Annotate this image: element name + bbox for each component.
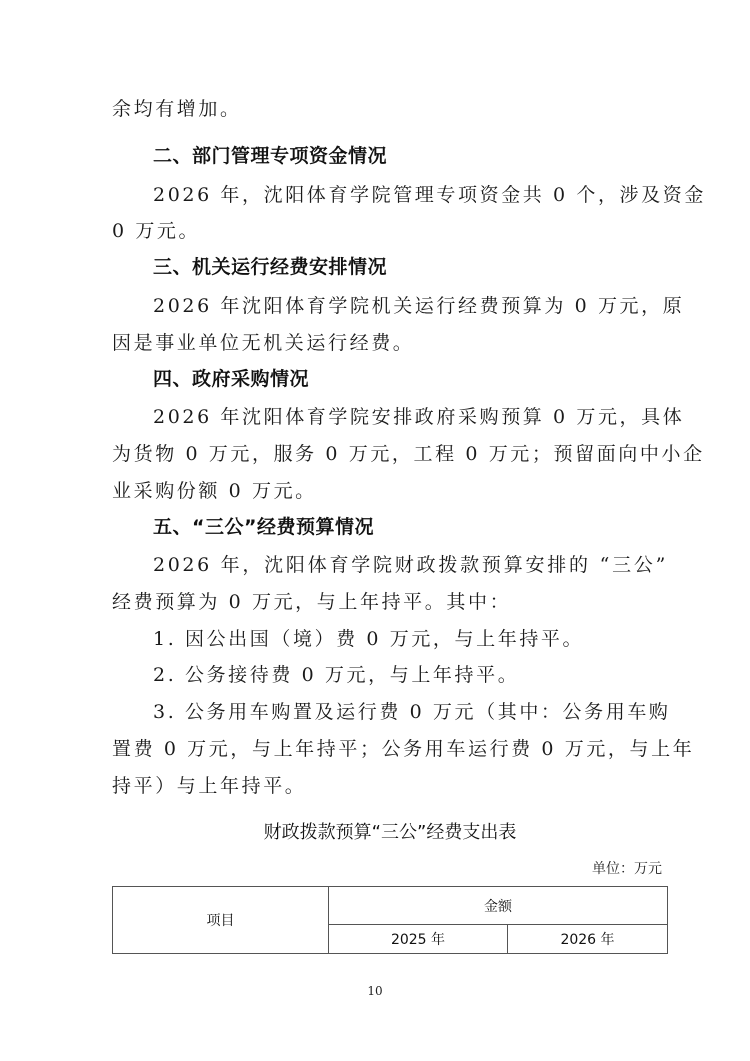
three-public-expenses-table: 项目 金额 2025 年 2026 年: [112, 886, 668, 954]
section-heading-5: 五、“三公”经费预算情况: [153, 516, 668, 538]
table-unit: 单位：万元: [592, 860, 662, 878]
header-item: 项目: [113, 887, 329, 954]
header-year-2026: 2026 年: [508, 925, 668, 954]
list-item-3-line-2: 置费 0 万元，与上年持平；公务用车运行费 0 万元，与上年: [112, 738, 668, 760]
header-amount: 金额: [329, 887, 668, 925]
list-item-2: 2. 公务接待费 0 万元，与上年持平。: [153, 664, 668, 686]
section-3-body-line-2: 因是事业单位无机关运行经费。: [112, 332, 668, 354]
paragraph-continuation: 余均有增加。: [112, 98, 668, 120]
section-5-body-line-2: 经费预算为 0 万元，与上年持平。其中：: [112, 591, 668, 613]
list-item-3-line-1: 3. 公务用车购置及运行费 0 万元（其中：公务用车购: [153, 701, 668, 723]
header-year-2025: 2025 年: [329, 925, 508, 954]
section-4-body-line-1: 2026 年沈阳体育学院安排政府采购预算 0 万元，具体: [153, 406, 668, 428]
table-title: 财政拨款预算“三公”经费支出表: [112, 822, 668, 844]
section-5-body-line-1: 2026 年，沈阳体育学院财政拨款预算安排的 “三公”: [153, 554, 668, 576]
page-number: 10: [0, 984, 750, 998]
section-4-body-line-3: 业采购份额 0 万元。: [112, 480, 668, 502]
section-2-body-line-2: 0 万元。: [112, 220, 668, 242]
section-heading-2: 二、部门管理专项资金情况: [153, 145, 668, 167]
section-heading-3: 三、机关运行经费安排情况: [153, 256, 668, 278]
list-item-3-line-3: 持平）与上年持平。: [112, 775, 668, 797]
list-item-1: 1. 因公出国（境）费 0 万元，与上年持平。: [153, 628, 668, 650]
section-2-body-line-1: 2026 年，沈阳体育学院管理专项资金共 0 个，涉及资金: [153, 184, 668, 206]
section-heading-4: 四、政府采购情况: [153, 368, 668, 390]
section-3-body-line-1: 2026 年沈阳体育学院机关运行经费预算为 0 万元，原: [153, 295, 668, 317]
section-4-body-line-2: 为货物 0 万元，服务 0 万元，工程 0 万元；预留面向中小企: [112, 443, 668, 465]
